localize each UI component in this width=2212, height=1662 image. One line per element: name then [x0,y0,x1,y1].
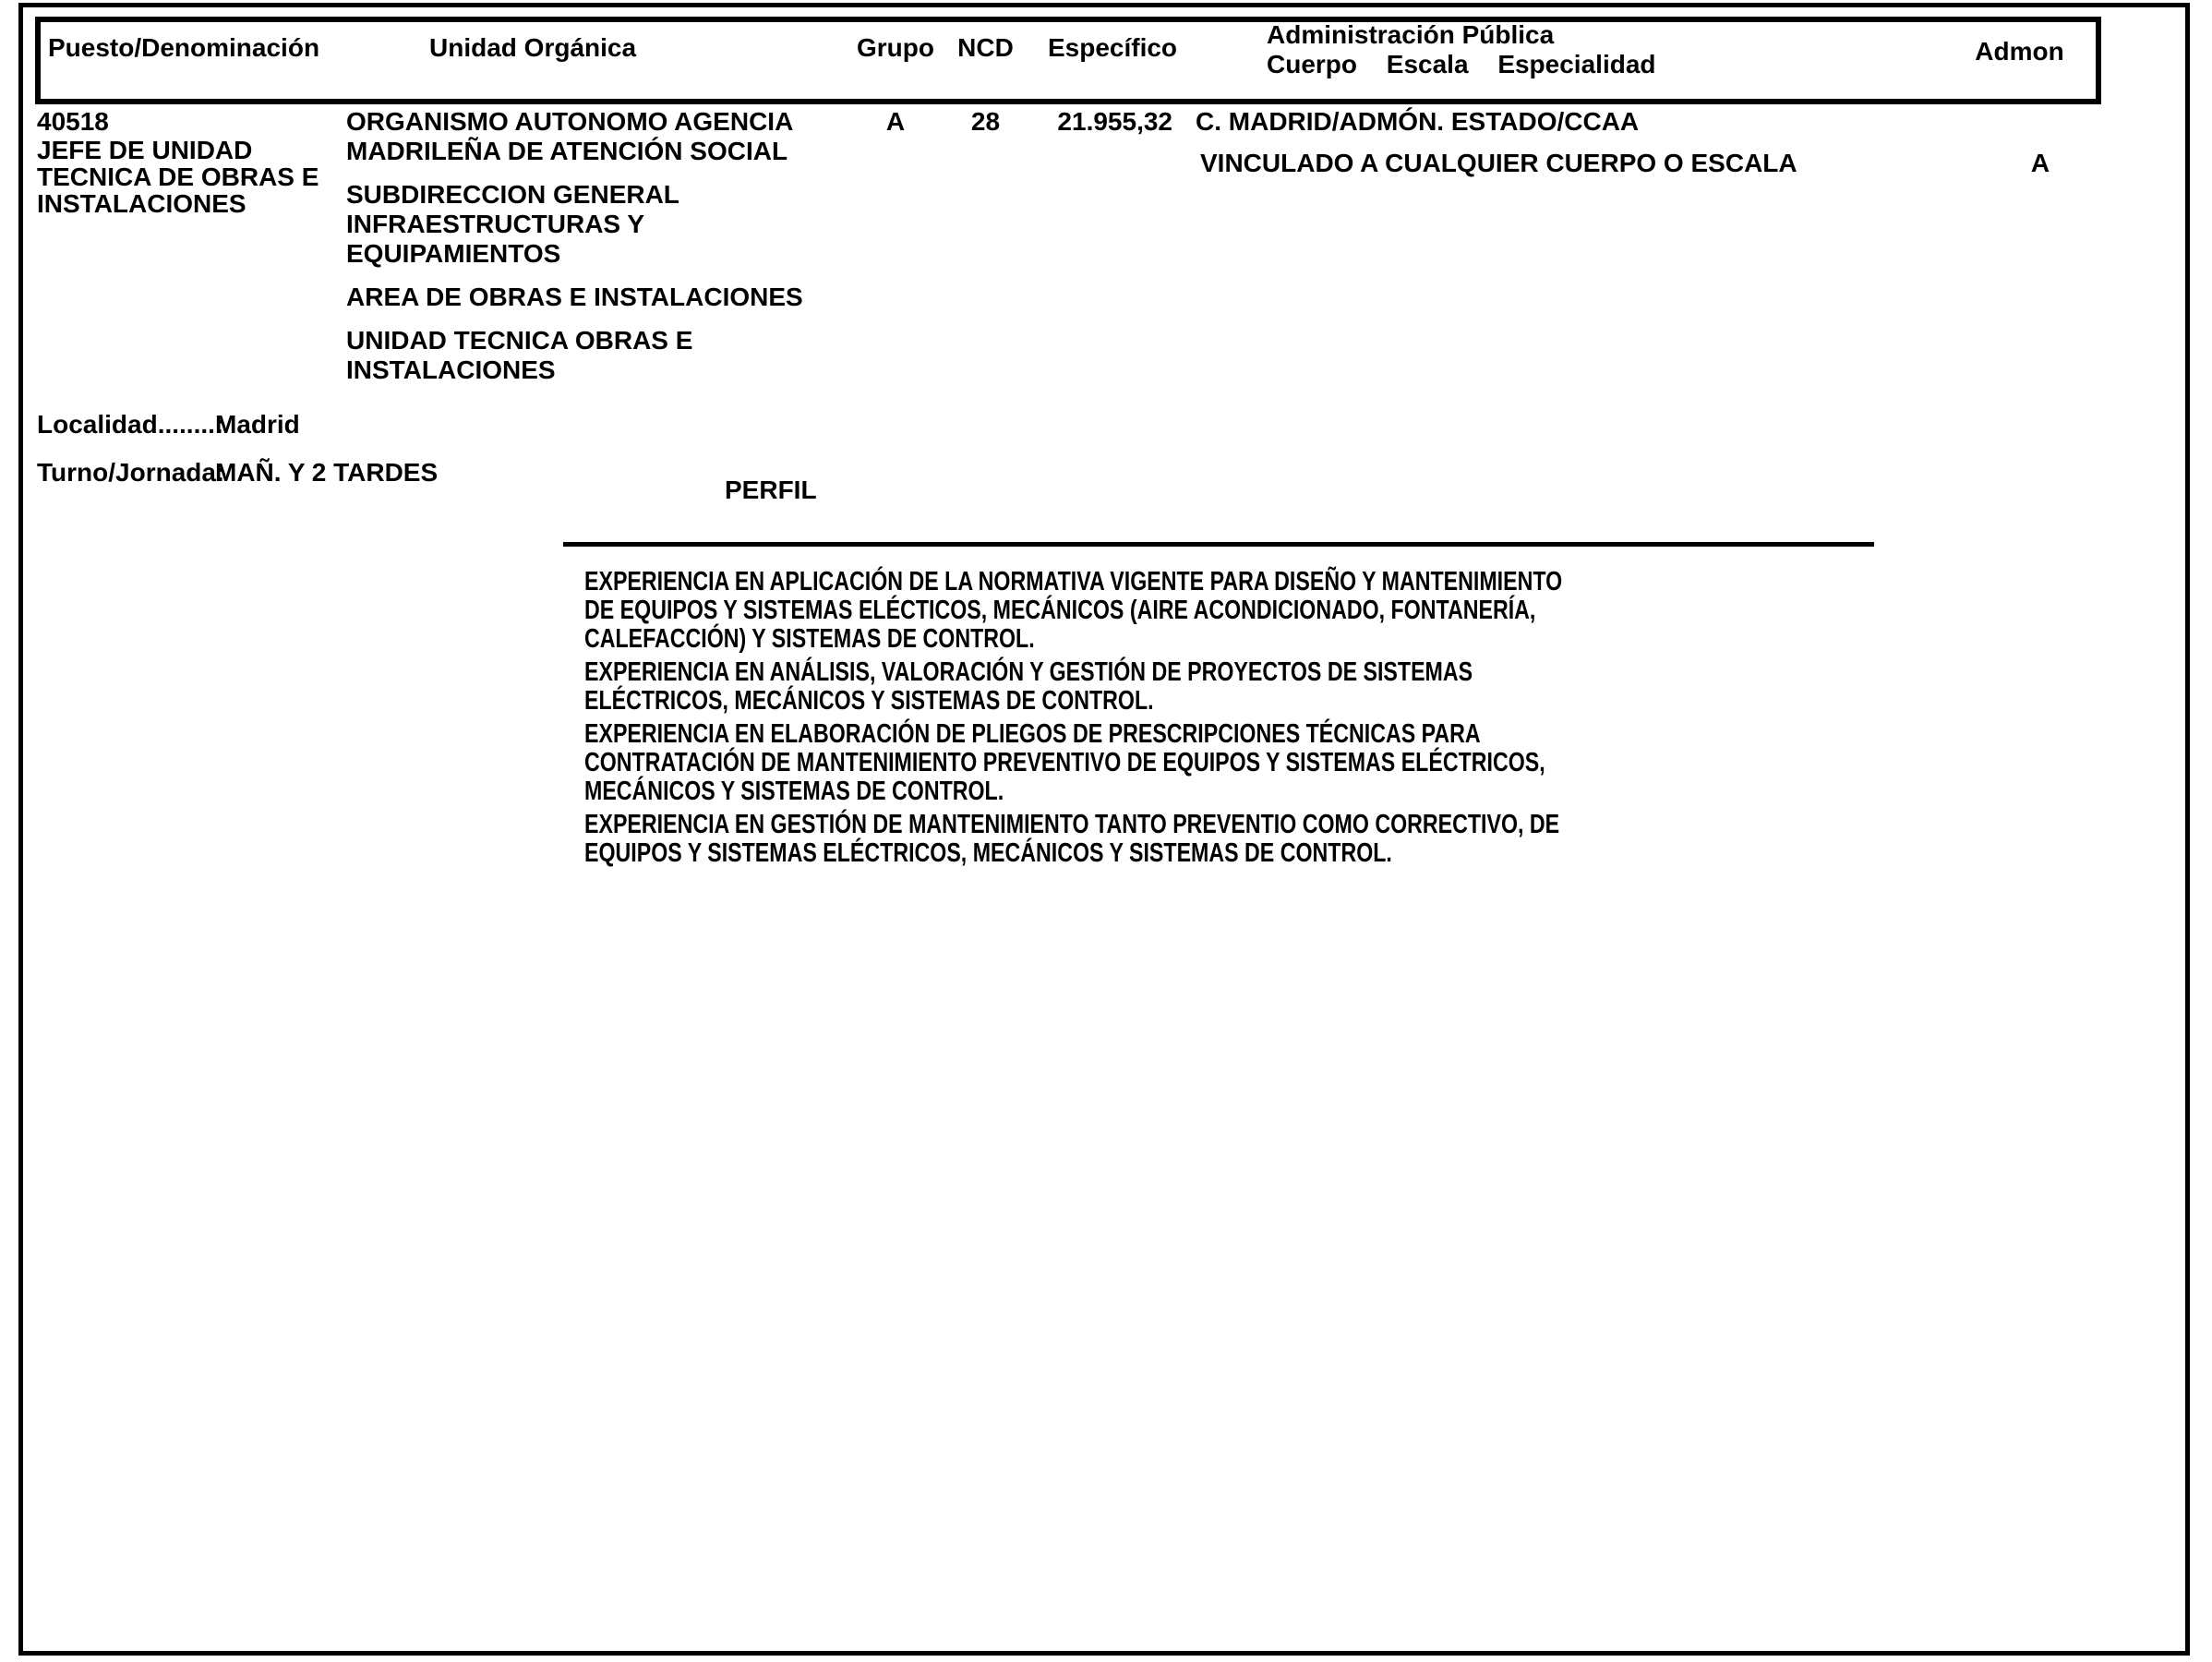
unidad-organica-area: AREA DE OBRAS E INSTALACIONES [346,283,803,312]
valor-administracion-publica: C. MADRID/ADMÓN. ESTADO/CCAA [1196,107,1639,137]
unidad-organica-line: EQUIPAMIENTOS [346,239,803,269]
valor-vinculacion: VINCULADO A CUALQUIER CUERPO O ESCALA [1200,149,1797,178]
col-header-admon: Admon [1971,37,2068,66]
col-header-cuerpo-escala-especialidad: Cuerpo Escala Especialidad [1267,50,1656,79]
perfil-line: EXPERIENCIA EN ANÁLISIS, VALORACIÓN Y GE… [584,658,1562,687]
col-header-administracion-publica: Administración Pública [1267,20,1554,50]
perfil-line: CALEFACCIÓN) Y SISTEMAS DE CONTROL. [584,625,1562,654]
valor-ncd: 28 [951,107,1020,137]
perfil-line: EXPERIENCIA EN APLICACIÓN DE LA NORMATIV… [584,568,1562,596]
unidad-organica-line: AREA DE OBRAS E INSTALACIONES [346,283,803,312]
unidad-organica-line: INFRAESTRUCTURAS Y [346,210,803,239]
valor-especifico: 21.955,32 [1016,107,1172,137]
perfil-line: EXPERIENCIA EN ELABORACIÓN DE PLIEGOS DE… [584,720,1562,749]
perfil-paragraph: EXPERIENCIA EN ELABORACIÓN DE PLIEGOS DE… [584,720,1562,806]
col-header-ncd: NCD [951,33,1020,63]
puesto-codigo: 40518 [37,107,109,137]
col-header-especialidad: Especialidad [1497,50,1655,78]
col-header-especifico: Específico [1039,33,1186,63]
col-header-puesto: Puesto/Denominación [48,33,319,63]
unidad-organica-line: SUBDIRECCION GENERAL [346,180,803,210]
perfil-line: EXPERIENCIA EN GESTIÓN DE MANTENIMIENTO … [584,811,1562,839]
puesto-denominacion-line: JEFE DE UNIDAD [37,137,319,163]
valor-admon: A [1994,149,2086,178]
col-header-escala: Escala [1387,50,1469,78]
perfil-line: DE EQUIPOS Y SISTEMAS ELÉCTICOS, MECÁNIC… [584,596,1562,625]
perfil-line: EQUIPOS Y SISTEMAS ELÉCTRICOS, MECÁNICOS… [584,839,1562,868]
col-header-unidad: Unidad Orgánica [429,33,636,63]
col-header-cuerpo: Cuerpo [1267,50,1357,78]
turno-jornada-value: MAÑ. Y 2 TARDES [215,458,438,488]
perfil-paragraph: EXPERIENCIA EN APLICACIÓN DE LA NORMATIV… [584,568,1562,654]
document-page: Puesto/Denominación Unidad Orgánica Grup… [0,0,2212,1662]
unidad-organica: ORGANISMO AUTONOMO AGENCIA MADRILEÑA DE … [346,107,803,399]
perfil-divider-line [563,542,1874,547]
unidad-organica-organismo: ORGANISMO AUTONOMO AGENCIA MADRILEÑA DE … [346,107,803,166]
perfil-line: CONTRATACIÓN DE MANTENIMIENTO PREVENTIVO… [584,749,1562,777]
unidad-organica-line: UNIDAD TECNICA OBRAS E [346,326,803,355]
perfil-paragraph: EXPERIENCIA EN GESTIÓN DE MANTENIMIENTO … [584,811,1562,868]
unidad-organica-subdireccion: SUBDIRECCION GENERAL INFRAESTRUCTURAS Y … [346,180,803,269]
perfil-text: EXPERIENCIA EN APLICACIÓN DE LA NORMATIV… [584,568,1562,873]
puesto-denominacion-line: INSTALACIONES [37,190,319,217]
turno-jornada-label: Turno/Jornada: [37,458,224,488]
unidad-organica-line: ORGANISMO AUTONOMO AGENCIA [346,107,803,137]
puesto-denominacion-line: TECNICA DE OBRAS E [37,163,319,190]
col-header-grupo: Grupo [854,33,937,63]
unidad-organica-line: INSTALACIONES [346,355,803,385]
valor-grupo: A [854,107,937,137]
localidad-value: Madrid [215,410,300,440]
perfil-title: PERFIL [725,476,817,505]
perfil-line: MECÁNICOS Y SISTEMAS DE CONTROL. [584,777,1562,806]
puesto-denominacion: JEFE DE UNIDAD TECNICA DE OBRAS E INSTAL… [37,137,319,217]
unidad-organica-unidad-tecnica: UNIDAD TECNICA OBRAS E INSTALACIONES [346,326,803,385]
unidad-organica-line: MADRILEÑA DE ATENCIÓN SOCIAL [346,137,803,166]
perfil-line: ELÉCTRICOS, MECÁNICOS Y SISTEMAS DE CONT… [584,687,1562,716]
perfil-paragraph: EXPERIENCIA EN ANÁLISIS, VALORACIÓN Y GE… [584,658,1562,716]
localidad-label: Localidad........: [37,410,223,440]
